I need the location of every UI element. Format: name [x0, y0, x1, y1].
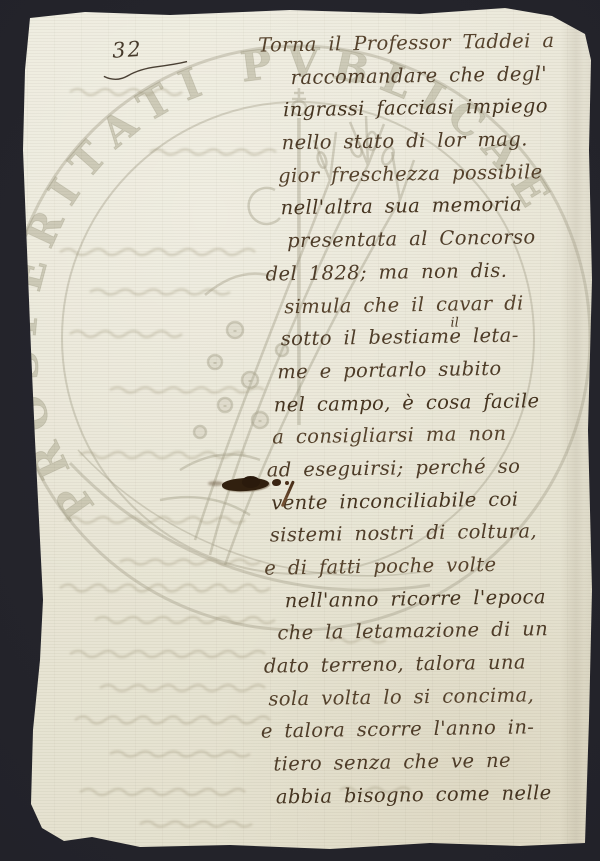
manuscript-line: sola volta lo si concima, — [260, 678, 600, 716]
manuscript-line: e di fatti poche volte — [258, 547, 600, 585]
manuscript-line: del 1828; ma non dis. — [253, 253, 597, 291]
ink-blot-small — [272, 479, 281, 486]
manuscript-line-text: sotto il bestiame leta- — [281, 324, 519, 351]
ink-dot — [285, 481, 289, 485]
photograph-background: PROSPERITATI PVBLICAE — [0, 0, 600, 861]
manuscript-text-block: Torna il Professor Taddei a raccomandare… — [250, 24, 600, 814]
manuscript-line: raccomandare che degl' — [250, 57, 594, 95]
manuscript-line: a consigliarsi ma non — [256, 417, 600, 455]
interline-insertion: il — [450, 308, 459, 341]
ink-blot — [208, 472, 318, 518]
manuscript-line: nello stato di lor mag. — [251, 122, 595, 160]
ink-smear — [208, 481, 223, 486]
manuscript-line: nell'anno ricorre l'epoca — [259, 580, 600, 618]
manuscript-line: e talora scorre l'anno in- — [261, 711, 600, 749]
manuscript-line: nell'altra sua memoria — [252, 188, 596, 226]
page-number-value: 32 — [111, 37, 143, 63]
manuscript-page: PROSPERITATI PVBLICAE — [0, 0, 600, 861]
manuscript-line: abbia bisogno come nelle — [262, 776, 600, 814]
manuscript-line: che la letamazione di un — [259, 613, 600, 651]
manuscript-line: me e portarlo subito — [255, 351, 599, 389]
manuscript-line: nel campo, è cosa facile — [256, 384, 600, 422]
manuscript-line: presentata al Concorso — [253, 220, 597, 258]
manuscript-line: dato terreno, talora una — [260, 645, 600, 683]
manuscript-line: simula che il cavar di — [254, 286, 598, 324]
manuscript-line: tiero senza che ve ne — [261, 743, 600, 781]
manuscript-line: Torna il Professor Taddei a — [250, 24, 594, 62]
page-number: 32 — [111, 33, 192, 63]
manuscript-line: il sotto il bestiame leta- — [254, 318, 598, 356]
manuscript-line: sistemi nostri di coltura, — [258, 515, 600, 553]
manuscript-line: ingrassi facciasi impiego — [251, 90, 595, 128]
manuscript-line: gior freschezza possibile — [252, 155, 596, 193]
